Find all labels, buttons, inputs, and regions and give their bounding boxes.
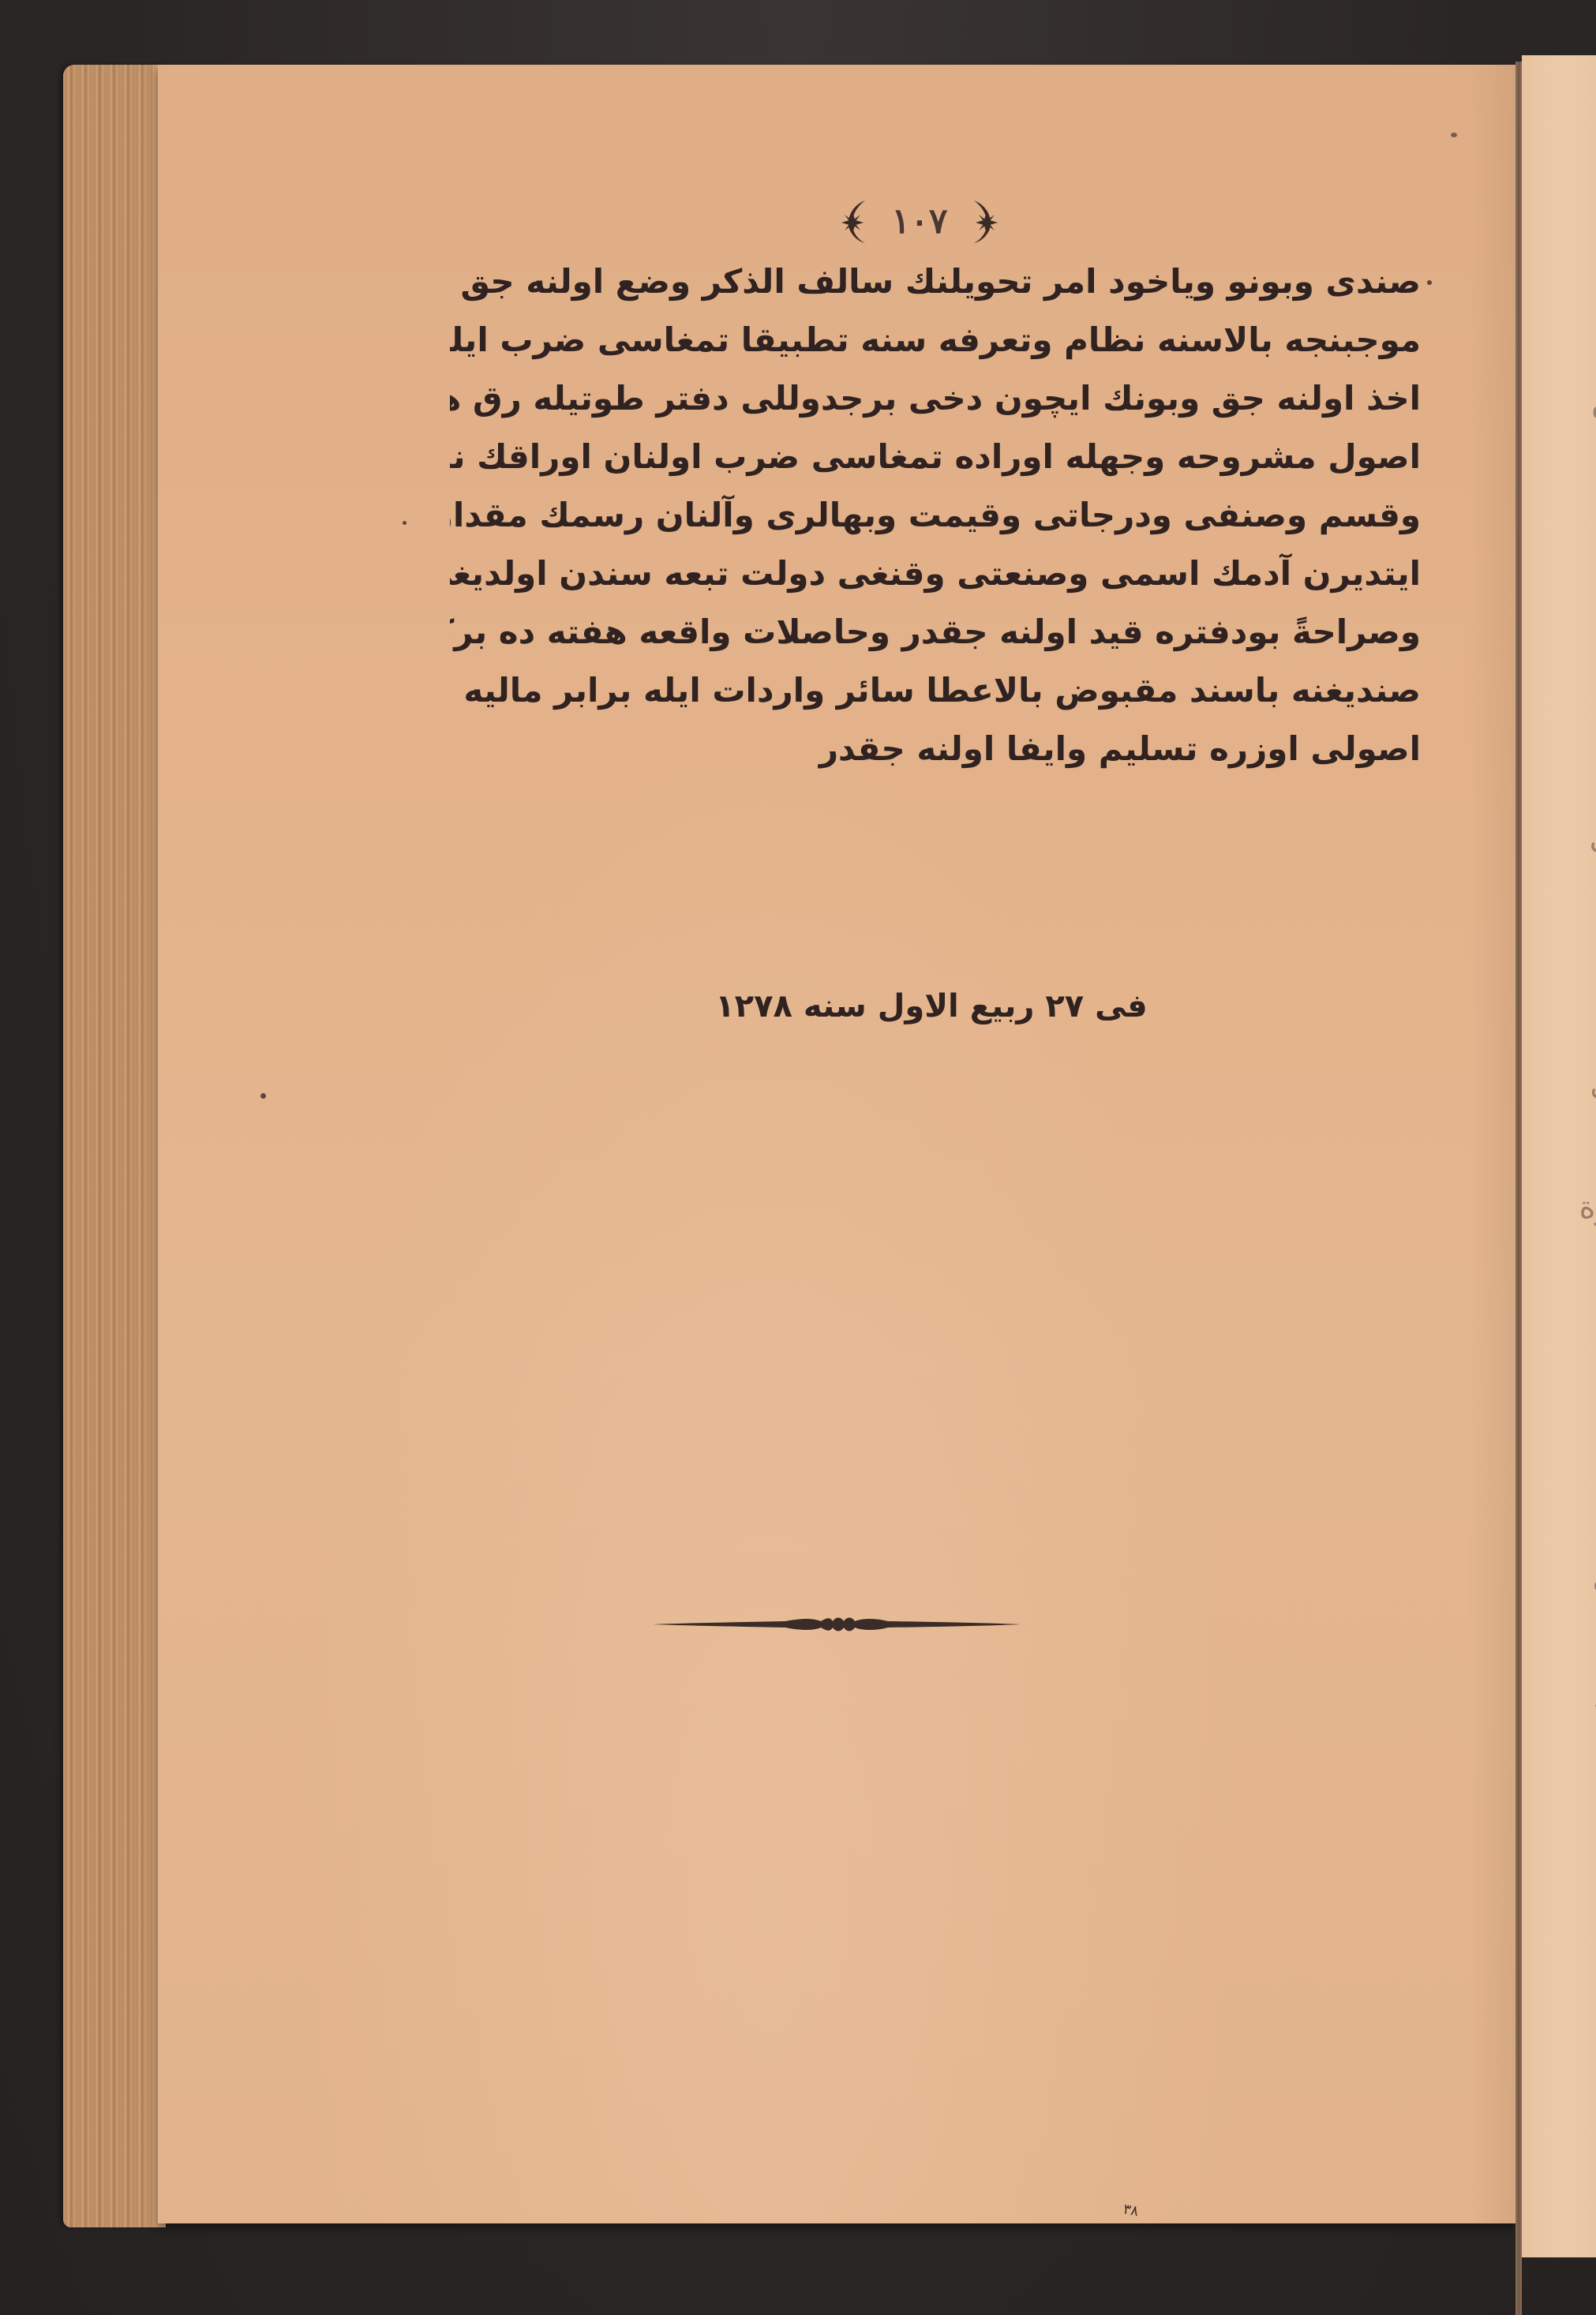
- next-page-fragment: لر: [1577, 515, 1596, 546]
- text-line-4: اصول مشروحه وجهله اوراده تمغاسى ضرب اولن…: [450, 428, 1421, 486]
- text-line-8: صنديغنه باسند مقبوض بالاعطا سائر واردات …: [450, 661, 1421, 720]
- next-page-fragment: لرد: [1577, 576, 1596, 608]
- next-page-fragment: كره: [1577, 391, 1596, 423]
- text-line-9: اصولى اوزره تسليم وايفا اولنه جقدر: [450, 720, 1421, 778]
- next-page-fragment: لنه: [1577, 761, 1596, 792]
- next-page-fragment: لر: [1577, 1438, 1596, 1470]
- next-page-fragment: يول: [1577, 1561, 1596, 1593]
- crescent-star-ornament-icon: [838, 197, 873, 245]
- next-page-fragment: رده: [1577, 699, 1596, 731]
- next-page-fragment: مى: [1577, 884, 1596, 916]
- next-page-fragment: لان: [1577, 330, 1596, 361]
- body-text: صندى وبونو وياخود امر تحويلنك سالف الذكر…: [450, 253, 1421, 778]
- crescent-star-ornament-icon: [966, 197, 1001, 245]
- text-line-1: صندى وبونو وياخود امر تحويلنك سالف الذكر…: [450, 253, 1421, 311]
- text-line-3: اخذ اولنه جق وبونك ايچون دخى برجدوللى دف…: [450, 369, 1421, 428]
- paper-speck: [1451, 133, 1457, 137]
- next-page-fragment: لجه: [1577, 1684, 1596, 1716]
- next-page-text-fragments: ع لان كره فى لر لرد ن رده لنه فنى مى نن …: [1577, 268, 1596, 1716]
- next-page-fragment: عنوة: [1577, 1192, 1596, 1223]
- paper-speck: [403, 521, 406, 525]
- paper-speck: [1427, 280, 1432, 285]
- text-line-6: ايتديرن آدمك اسمى وصنعتى وقنغى دولت تبعه…: [450, 545, 1421, 603]
- next-page-fragment: زنى: [1577, 1069, 1596, 1100]
- next-page-fragment: لنى: [1577, 1007, 1596, 1039]
- text-line-5: وقسم وصنفى ودرجاتى وقيمت وبهالرى وآلنان …: [450, 486, 1421, 545]
- next-page-fragment: دن: [1577, 1253, 1596, 1285]
- book-gutter: [1515, 62, 1522, 2315]
- next-page-fragment: لنا: [1577, 1500, 1596, 1531]
- next-page-fragment: ع: [1577, 268, 1596, 300]
- bottom-signature-mark: ٣٨: [1122, 2201, 1140, 2219]
- next-page-fragment: لك: [1577, 1377, 1596, 1408]
- next-page-fragment: ايه: [1577, 1315, 1596, 1347]
- next-page-fragment: ون: [1577, 1623, 1596, 1654]
- page-stack-edges: [63, 65, 166, 2227]
- next-page-fragment: لان: [1577, 1130, 1596, 1162]
- document-date: فى ٢٧ ربيع الاول سنه ١٢٧٨: [710, 979, 1152, 1034]
- text-line-7: وصراحةً بودفتره قيد اولنه جقدر وحاصلات و…: [450, 603, 1421, 661]
- ornamental-divider-icon: [651, 1610, 1022, 1639]
- next-page-fragment: نن: [1577, 946, 1596, 977]
- next-page-fragment: فنى: [1577, 822, 1596, 854]
- next-page-fragment: ن: [1577, 638, 1596, 669]
- next-page-fragment: فى: [1577, 453, 1596, 485]
- text-line-2: موجبنجه بالاسنه نظام وتعرفه سنه تطبيقا ت…: [450, 311, 1421, 369]
- paper-speck: [260, 1093, 266, 1099]
- page-number: ١٠٧: [892, 201, 948, 242]
- next-page-edge: ع لان كره فى لر لرد ن رده لنه فنى مى نن …: [1522, 55, 1596, 2257]
- page-header: ١٠٧: [833, 193, 1006, 249]
